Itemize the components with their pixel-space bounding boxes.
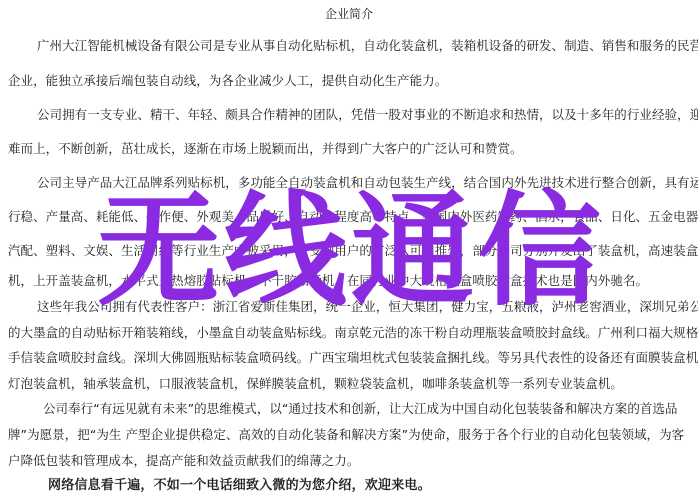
document-title: 企业简介 [0,4,698,24]
paragraph-5-line-1: 公司奉行“有远见就有未来”的思维模式，以“通过技术和创新，让大江成为中国自动化包… [43,399,678,419]
paragraph-4-line-1: 这些年我公司拥有代表性客户：浙江省爱斯佳集团，统一企业，恒大集团，健力宝，五粮液… [37,297,698,317]
paragraph-2-line-2: 难而上，不断创新，茁壮成长，逐渐在市场上脱颖而出，并得到广大客户的广泛认可和赞赏… [8,139,523,159]
paragraph-4-line-4: 灯泡装盒机，轴承装盒机，口服液装盒机，保鲜膜装盒机，颗粒袋装盒机，咖啡条装盒机等… [8,374,623,394]
document-page: 企业简介 广州大江智能机械设备有限公司是专业从事自动化贴标机，自动化装盒机，装箱… [0,0,698,499]
paragraph-3-line-4: 机，上开盖装盒机，水平式上热熔胶贴标机，不干胶贴标机，在同行业中大规格装盒喷胶封… [8,271,648,291]
paragraph-4-line-3: 手信装盒喷胶封盒线。深圳大佛圆瓶贴标装盒喷码线。广西宝瑞坦枕式包装装盒捆扎线。等… [8,348,698,368]
paragraph-4-line-2: 的大墨盒的自动贴标开箱装箱线，小墨盒自动装盒贴标线。南京乾元浩的冻干粉自动理瓶装… [8,323,698,343]
paragraph-2-line-1: 公司拥有一支专业、精干、年轻、颇具合作精神的团队，凭借一股对事业的不断追求和热情… [37,105,698,125]
paragraph-5-line-2: 牌”为愿景，把“为生 产型企业提供稳定、高效的自动化装备和解决方案”为使命，服务… [8,425,684,445]
paragraph-5-line-3: 户降低包装和管理成本，提高产能和效益贡献我们的绵薄之力。 [8,451,359,471]
closing-call-to-action: 网络信息看千遍，不如一个电话细致入微的为您介绍，欢迎来电。 [48,476,431,496]
paragraph-3-line-2: 行稳、产量高、耗能低、操作便、外观美、品质好、自动化程度高等特点，在国内外医药制… [8,207,698,227]
paragraph-3-line-1: 公司主导产品大江品牌系列贴标机，多功能全自动装盒机和自动包装生产线，结合国内外先… [37,173,698,193]
paragraph-3-line-3: 汽配、塑料、文娱、生活用纸等行业生产中被采用，并受到用户的广泛认可和推崇，部分公… [8,241,698,261]
paragraph-1-line-1: 广州大江智能机械设备有限公司是专业从事自动化贴标机，自动化装盒机，装箱机设备的研… [37,36,698,56]
paragraph-1-line-2: 企业，能独立承接后端包装自动线，为各企业减少人工，提供自动化生产能力。 [8,71,447,91]
